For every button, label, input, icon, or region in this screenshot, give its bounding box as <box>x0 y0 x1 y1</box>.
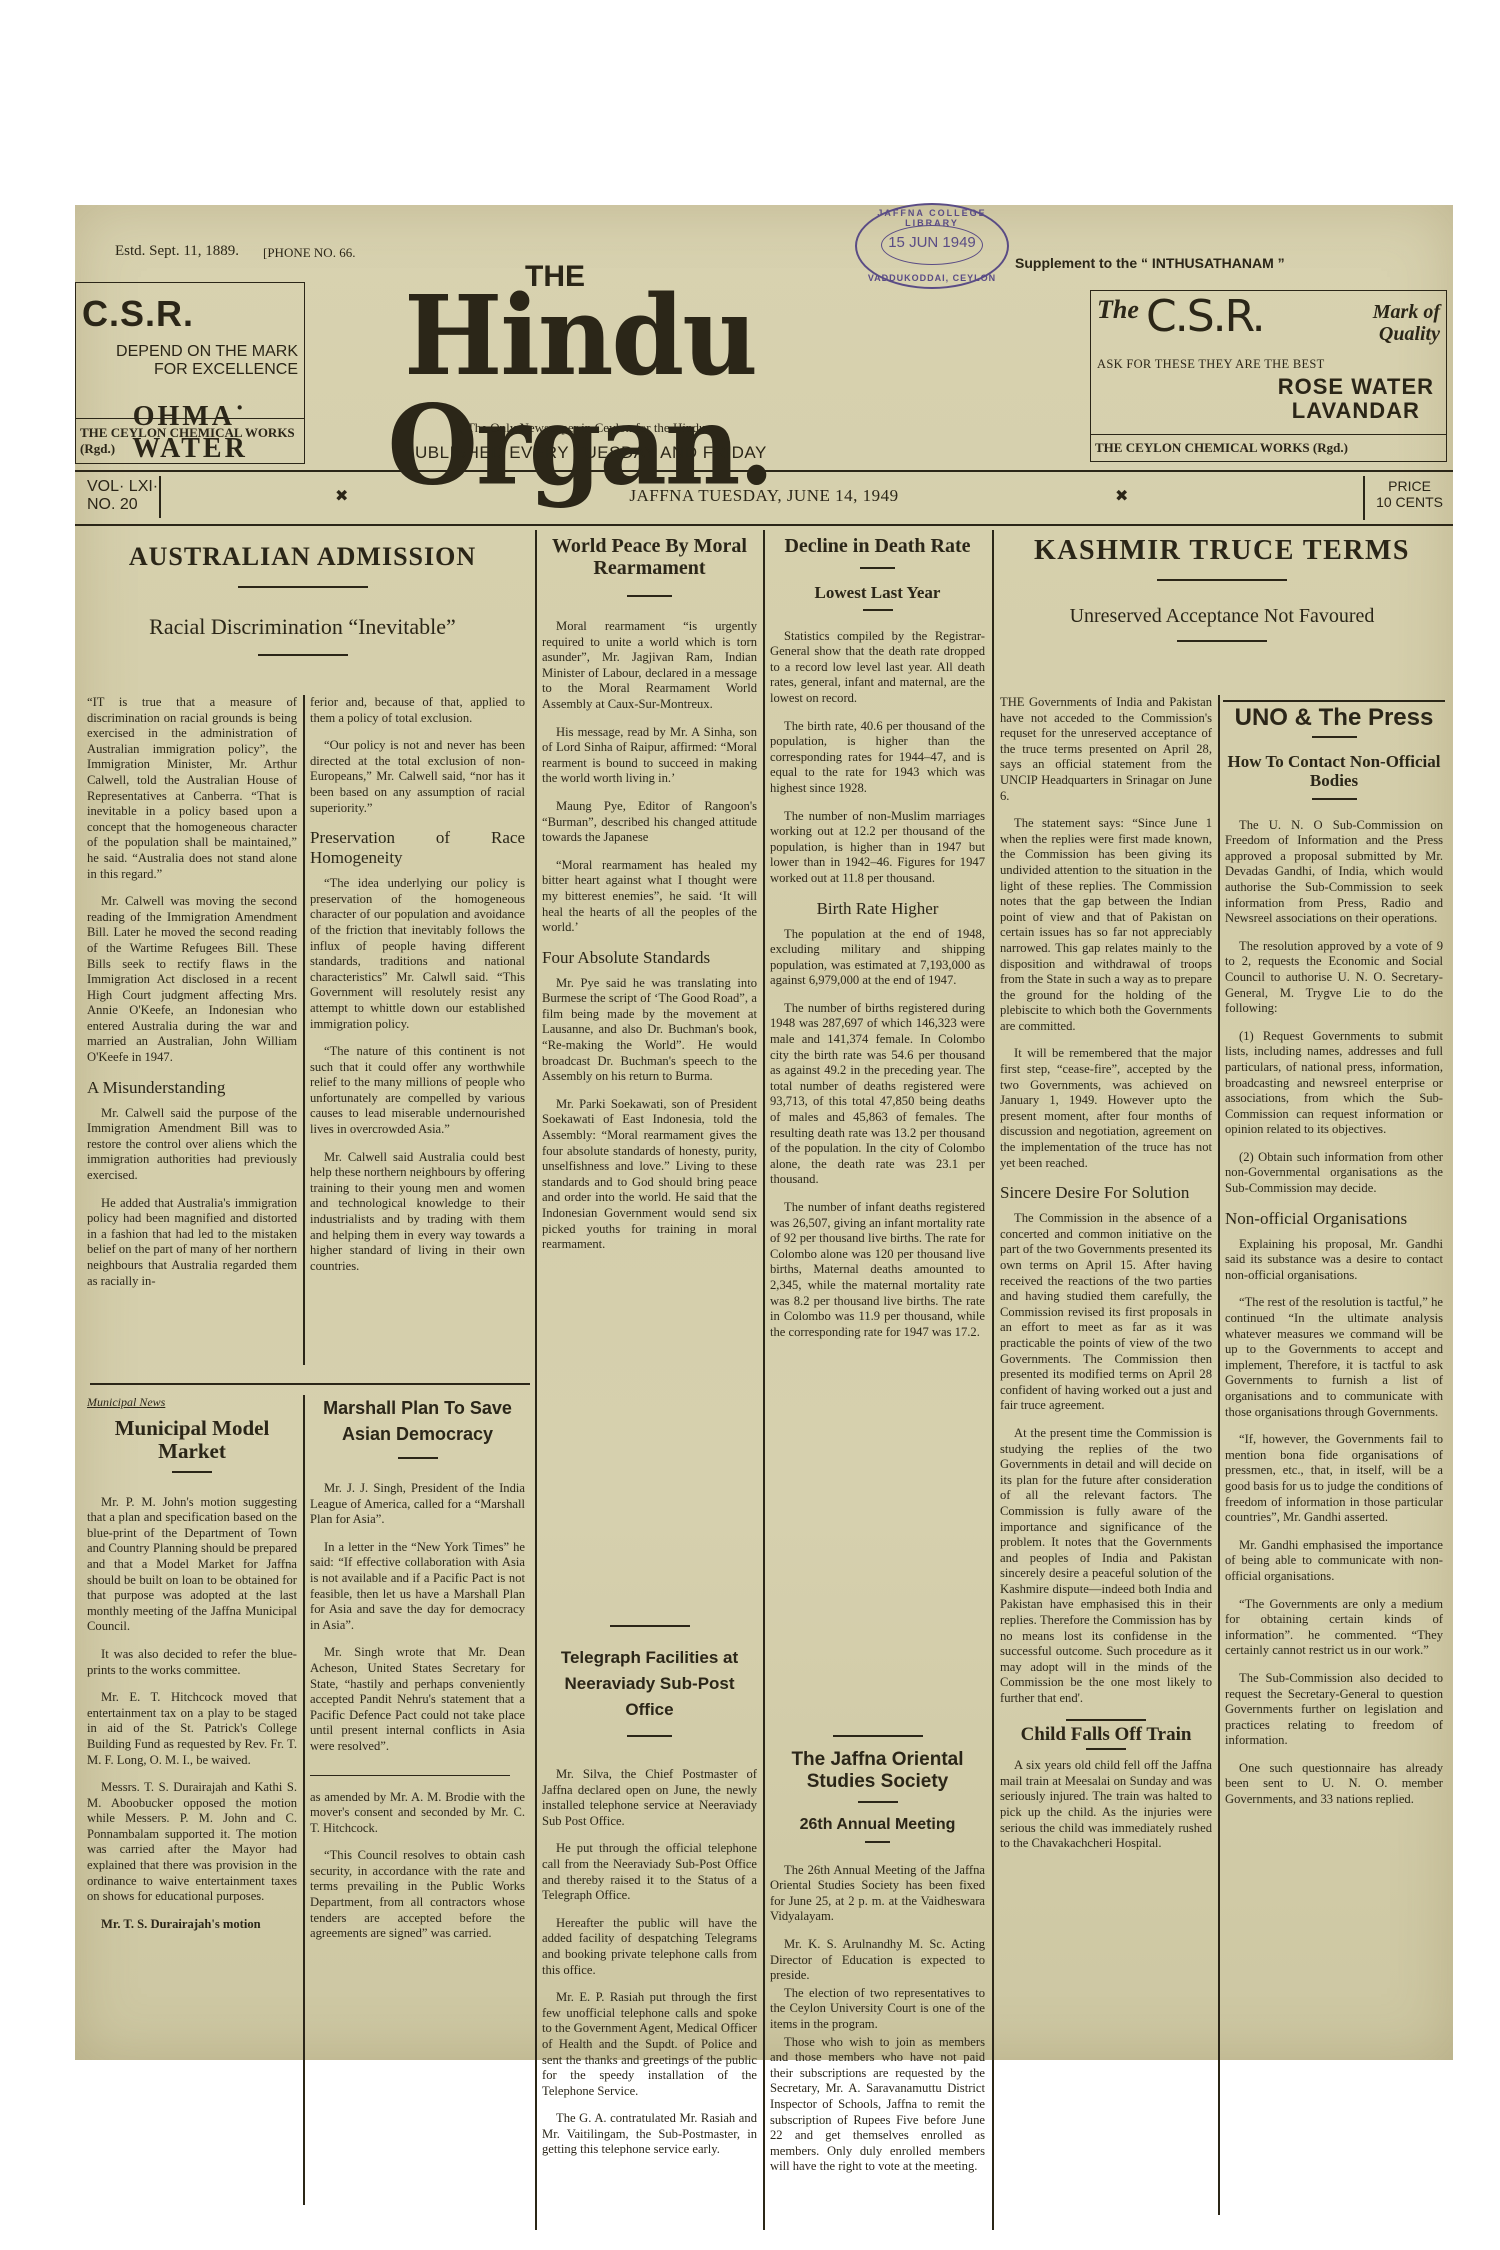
section-heading: Preservation of Race Homogeneity <box>310 828 525 868</box>
headline: Telegraph Facilities at Neeraviady Sub-P… <box>542 1645 757 1723</box>
article-australian-admission: AUSTRALIAN ADMISSION Racial Discriminati… <box>75 530 530 666</box>
article-municipal-market: Municipal News Municipal Model Market Mr… <box>87 1395 297 1944</box>
price: PRICE 10 CENTS <box>1376 478 1443 510</box>
article-death-rate: Decline in Death Rate Lowest Last Year S… <box>770 535 985 1352</box>
ad-the: The <box>1097 295 1139 325</box>
ornament-icon: ✖ <box>1115 486 1128 506</box>
phone-number: [PHONE NO. 66. <box>263 245 355 261</box>
kicker: Municipal News <box>87 1395 297 1411</box>
headline-child-falls: Child Falls Off Train <box>1000 1727 1212 1743</box>
ad-rose-water: The C.S.R. Mark of Quality ASK FOR THESE… <box>1090 290 1447 462</box>
ad-ask: ASK FOR THESE THEY ARE THE BEST <box>1097 357 1325 372</box>
headline: AUSTRALIAN ADMISSION <box>75 542 530 572</box>
subheadline: 26th Annual Meeting <box>770 1817 985 1833</box>
ad-slogan: DEPEND ON THE MARK FOR EXCELLENCE <box>116 343 298 379</box>
section-heading: Non-official Organisations <box>1225 1209 1443 1229</box>
ad-brand: C.S.R. <box>82 293 194 335</box>
section-heading: Four Absolute Standards <box>542 948 757 968</box>
article-marshall-plan: Marshall Plan To Save Asian Democracy Mr… <box>310 1395 525 1954</box>
subheadline: Unreserved Acceptance Not Favoured <box>997 605 1447 628</box>
australian-col-1: “IT is true that a measure of discrimina… <box>87 695 297 1301</box>
headline: Municipal Model Market <box>87 1417 297 1463</box>
ad-products: ROSE WATER LAVANDAR <box>1278 375 1434 423</box>
dateline-bar: VOL· LXI· NO. 20 ✖ JAFFNA TUESDAY, JUNE … <box>75 470 1453 526</box>
newspaper-page: Estd. Sept. 11, 1889. [PHONE NO. 66. C.S… <box>75 205 1453 2060</box>
article-kashmir: KASHMIR TRUCE TERMS Unreserved Acceptanc… <box>997 535 1447 652</box>
supplement-note: Supplement to the “ INTHUSATHANAM ” <box>1015 255 1285 271</box>
stamp-date: 15 JUN 1949 <box>857 234 1007 251</box>
article-world-peace: World Peace By Moral Rearmament Moral re… <box>542 535 757 1265</box>
library-stamp: JAFFNA COLLEGE LIBRARY 15 JUN 1949 VADDU… <box>855 203 1009 289</box>
subheadline: Lowest Last Year <box>770 585 985 601</box>
place-date: JAFFNA TUESDAY, JUNE 14, 1949 <box>75 486 1453 506</box>
masthead-tagline: ( The Only Newspaper in Ceylon for the H… <box>405 420 765 436</box>
article-telegraph: Telegraph Facilities at Neeraviady Sub-P… <box>542 1625 757 2170</box>
section-heading: Birth Rate Higher <box>770 899 985 919</box>
article-oriental-studies: The Jaffna Oriental Studies Society 26th… <box>770 1735 985 2187</box>
headline: UNO & The Press <box>1225 710 1443 726</box>
australian-col-2: ferior and, because of that, applied to … <box>310 695 525 1286</box>
headline: KASHMIR TRUCE TERMS <box>997 535 1447 567</box>
article-uno-press: UNO & The Press How To Contact Non-Offic… <box>1225 710 1443 1820</box>
headline: The Jaffna Oriental Studies Society <box>770 1749 985 1793</box>
headline: Marshall Plan To Save Asian Democracy <box>310 1395 525 1447</box>
stamp-bottom-text: VADDUKODDAI, CEYLON <box>857 273 1007 283</box>
ad-brand: C.S.R. <box>1146 291 1264 342</box>
masthead-published: PUBLISHED EVERY TUESDAY AND FRIDAY <box>365 443 805 463</box>
ad-ohma-water: C.S.R. DEPEND ON THE MARK FOR EXCELLENCE… <box>75 282 305 464</box>
subheadline: How To Contact Non-Official Bodies <box>1225 752 1443 790</box>
established-date: Estd. Sept. 11, 1889. <box>115 243 239 260</box>
subheadline: Racial Discrimination “Inevitable” <box>75 614 530 640</box>
headline: Decline in Death Rate <box>770 535 985 557</box>
section-heading: Sincere Desire For Solution <box>1000 1183 1212 1203</box>
ad-company: THE CEYLON CHEMICAL WORKS (Rgd.) <box>1091 434 1446 461</box>
ad-mark-of-quality: Mark of Quality <box>1373 301 1440 345</box>
ad-company: THE CEYLON CHEMICAL WORKS (Rgd.) <box>76 418 304 463</box>
kashmir-body: THE Governments of India and Pakistan ha… <box>1000 695 1212 1864</box>
section-heading: A Misunderstanding <box>87 1078 297 1098</box>
headline: World Peace By Moral Rearmament <box>542 535 757 579</box>
masthead-title: Hindu Organ. <box>290 282 870 500</box>
